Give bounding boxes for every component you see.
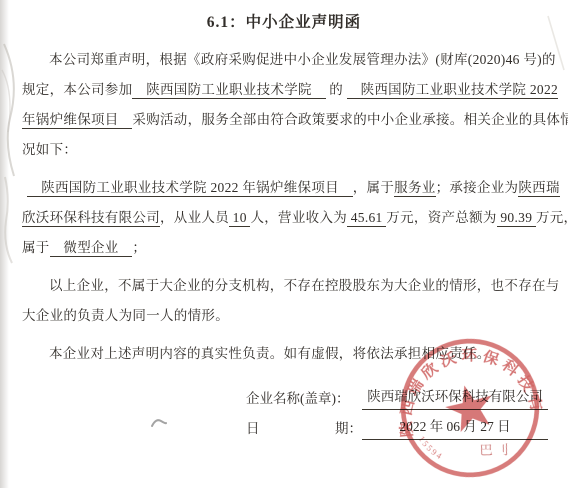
text-segment: 采购活动，服务全部由符合政策要求的中小企业承接。相关企业的具体情 xyxy=(132,112,568,127)
company-name-row: 企业名称(盖章)： 陕西瑞欣沃环保科技有限公司 xyxy=(246,380,548,410)
text-segment: 本企业对上述声明内容的真实性负责。如有虚假，将依法承担相应责任。 xyxy=(49,346,491,361)
date-label-left: 日 xyxy=(246,418,260,440)
underlined-field: 45.61 xyxy=(347,210,386,227)
company-name-value: 陕西瑞欣沃环保科技有限公司 xyxy=(362,386,548,410)
underlined-field: 服务业 xyxy=(394,180,435,197)
text-segment: ，属于 xyxy=(353,180,394,195)
scan-crease-left-mid xyxy=(0,175,18,265)
text-line: 属于 微型企业 ； xyxy=(22,233,546,263)
text-segment: 以上企业，不属于大企业的分支机构，不存在控股股东为大企业的情形，也不存在与 xyxy=(49,278,560,293)
text-segment: ，从业人员 xyxy=(160,210,229,225)
underlined-field: 年锅炉维保项目 xyxy=(22,112,132,129)
document-page: 6.1：中小企业声明函 本公司郑重声明，根据《政府采购促进中小企业发展管理办法》… xyxy=(0,0,568,488)
underlined-field: 微型企业 xyxy=(50,240,133,257)
date-row: 日 期： 2022 年 06 月 27 日 xyxy=(246,410,548,440)
text-line: 本企业对上述声明内容的真实性负责。如有虚假，将依法承担相应责任。 xyxy=(22,339,546,369)
date-value: 2022 年 06 月 27 日 xyxy=(362,416,548,440)
underlined-field: 陕西国防工业职业技术学院 2022 年锅炉维保项目 xyxy=(27,180,352,197)
underlined-field: 陕西国防工业职业技术学院 2022 xyxy=(347,82,558,99)
date-label: 日 期： xyxy=(246,418,362,440)
signature-block: 企业名称(盖章)： 陕西瑞欣沃环保科技有限公司 日 期： 2022 年 06 月… xyxy=(246,380,548,440)
underlined-field: 90.39 xyxy=(497,210,536,227)
pen-mark xyxy=(150,416,168,430)
text-segment: 本公司郑重声明，根据《政府采购促进中小企业发展管理办法》(财库(2020)46 … xyxy=(49,52,556,67)
document-body: 本公司郑重声明，根据《政府采购促进中小企业发展管理办法》(财库(2020)46 … xyxy=(22,45,546,369)
text-line: 规定，本公司参加 陕西国防工业职业技术学院 的 陕西国防工业职业技术学院 202… xyxy=(22,75,546,105)
text-segment: 规定，本公司参加 xyxy=(22,82,132,97)
text-line: 陕西国防工业职业技术学院 2022 年锅炉维保项目 ，属于服务业；承接企业为陕西… xyxy=(22,173,546,203)
underlined-field: 陕西瑞 xyxy=(518,180,559,197)
text-segment: 万元，资产总额为 xyxy=(386,210,496,225)
text-segment: 属于 xyxy=(22,240,50,255)
date-label-right: 期： xyxy=(335,418,362,440)
seal-mark: 巴刂 xyxy=(479,441,512,458)
scan-edge-shadow xyxy=(0,0,9,488)
text-segment: 人，营业收入为 xyxy=(250,210,347,225)
text-segment: 的 xyxy=(326,82,347,97)
text-line: 大企业的负责人为同一人的情形。 xyxy=(22,301,546,331)
underlined-field: 欣沃环保科技有限公司 xyxy=(22,210,160,227)
text-line: 况如下： xyxy=(22,135,546,165)
text-line: 本公司郑重声明，根据《政府采购促进中小企业发展管理办法》(财库(2020)46 … xyxy=(22,45,546,75)
text-segment: 大企业的负责人为同一人的情形。 xyxy=(22,308,229,323)
document-title: 6.1：中小企业声明函 xyxy=(0,10,568,32)
text-line: 以上企业，不属于大企业的分支机构，不存在控股股东为大企业的情形，也不存在与 xyxy=(22,271,546,301)
underlined-field: 陕西国防工业职业技术学院 xyxy=(132,82,325,99)
company-name-label: 企业名称(盖章)： xyxy=(246,388,362,410)
text-segment: ； xyxy=(132,240,146,255)
text-segment: 万元， xyxy=(536,210,568,225)
underlined-field: 10 xyxy=(229,210,250,227)
text-segment: 况如下： xyxy=(22,142,77,157)
text-line: 年锅炉维保项目 采购活动，服务全部由符合政策要求的中小企业承接。相关企业的具体情 xyxy=(22,105,546,135)
text-segment: ；承接企业为 xyxy=(436,180,519,195)
text-line: 欣沃环保科技有限公司，从业人员 10 人，营业收入为 45.61 万元，资产总额… xyxy=(22,203,546,233)
